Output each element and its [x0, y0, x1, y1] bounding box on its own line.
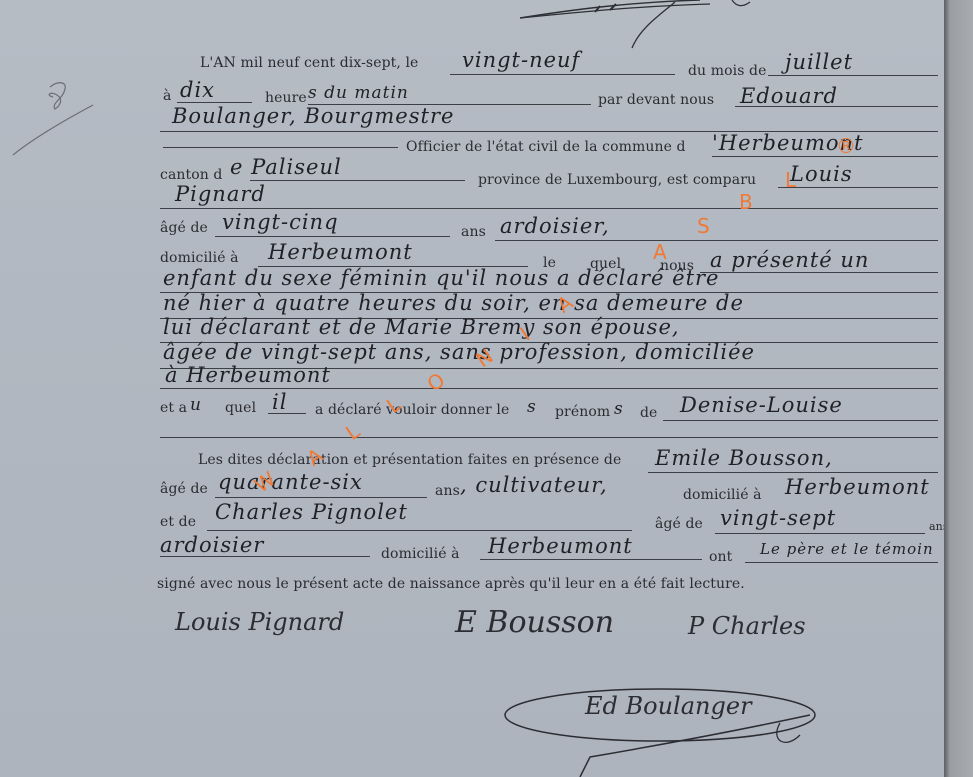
form-rule: [207, 530, 632, 531]
form-text: et de: [160, 514, 196, 530]
handwritten-witness2-age: vingt-sept: [720, 506, 836, 530]
watermark-letter: ®: [836, 134, 856, 158]
handwritten-suffix: s: [614, 399, 624, 419]
form-rule: [768, 75, 938, 76]
form-text: âgé de: [160, 220, 208, 236]
watermark-letter: A: [653, 240, 667, 264]
form-rule: [715, 533, 925, 534]
form-text: province de Luxembourg, est comparu: [478, 172, 756, 188]
form-text: L'AN mil neuf cent dix-sept, le: [200, 55, 418, 71]
form-text: domicilié à: [160, 250, 239, 266]
handwritten-declarant-age: vingt-cinq: [222, 210, 339, 234]
form-text: et a: [160, 400, 187, 416]
handwritten-signatories: Le père et le témoin: [760, 540, 934, 558]
form-text: à: [163, 88, 171, 104]
handwritten-declarant-occupation: ardoisier,: [500, 214, 610, 238]
book-binding-edge: [944, 0, 973, 777]
form-text: domicilié à: [381, 546, 460, 562]
handwritten-witness1-age: quarante-six: [218, 470, 363, 494]
handwritten-mother-residence: à Herbeumont: [165, 363, 331, 387]
handwritten-day: vingt-neuf: [462, 48, 580, 72]
signature-officer: Ed Boulanger: [585, 692, 752, 720]
document-page: L'AN mil neuf cent dix-sept, le vingt-ne…: [0, 0, 948, 777]
handwritten-month: juillet: [785, 50, 853, 74]
handwritten-suffix: s: [527, 397, 537, 417]
handwritten-officer-name-title: Boulanger, Bourgmestre: [172, 104, 454, 128]
form-text: a déclaré vouloir donner le: [315, 402, 509, 418]
handwritten-pronoun: il: [272, 390, 287, 414]
handwritten-child-sex: enfant du sexe féminin qu'il nous a décl…: [163, 266, 719, 290]
handwritten-declarant-first-name: Louis: [790, 162, 853, 186]
form-rule: [160, 556, 370, 557]
form-text: par devant nous: [598, 92, 714, 108]
form-rule: [163, 147, 398, 148]
form-rule: [177, 102, 252, 103]
handwritten-presented: a présenté un: [710, 248, 869, 272]
form-rule: [778, 187, 938, 188]
signature-father: Louis Pignard: [175, 608, 344, 636]
form-rule: [250, 180, 465, 181]
form-text: âgé de: [160, 481, 208, 497]
form-text: signé avec nous le présent acte de naiss…: [157, 576, 745, 592]
handwritten-witness2-residence: Herbeumont: [488, 534, 633, 558]
handwritten-witness2: Charles Pignolet: [215, 500, 408, 524]
form-rule: [450, 74, 675, 75]
margin-note-mark: [5, 75, 100, 165]
form-text: Officier de l'état civil de la commune d: [406, 139, 686, 155]
form-rule: [700, 272, 938, 273]
watermark-letter: B: [739, 190, 753, 214]
handwritten-mother: lui déclarant et de Marie Bremy son épou…: [163, 315, 680, 339]
watermark-letter: L: [785, 168, 796, 192]
top-signature-flourish: [510, 0, 770, 50]
form-text: Les dites déclaration et présentation fa…: [198, 452, 621, 468]
form-text: du mois de: [688, 63, 767, 79]
form-text: âgé de: [655, 516, 703, 532]
handwritten-officer-first-name: Edouard: [740, 84, 838, 108]
form-text: domicilié à: [683, 487, 762, 503]
form-rule: [160, 208, 938, 209]
form-rule: [215, 497, 427, 498]
form-text: de: [640, 405, 657, 421]
form-text: quel: [225, 400, 256, 416]
signature-witness1: E Bousson: [455, 605, 614, 640]
handwritten-hour: dix: [180, 78, 215, 102]
form-text: ont: [709, 549, 732, 565]
handwritten-witness1: Emile Bousson,: [655, 446, 833, 470]
handwritten-declarant-residence: Herbeumont: [268, 240, 413, 264]
handwritten-declarant-surname: Pignard: [175, 182, 266, 206]
form-text: ans: [435, 483, 460, 499]
form-rule: [160, 437, 938, 438]
form-rule: [215, 236, 450, 237]
form-rule: [712, 156, 938, 157]
form-text: ans: [461, 224, 486, 240]
handwritten-suffix: u: [190, 395, 202, 415]
handwritten-time-of-day: s du matin: [308, 83, 409, 103]
handwritten-child-name: Denise-Louise: [680, 393, 843, 417]
handwritten-witness1-residence: Herbeumont: [785, 475, 930, 499]
handwritten-birth-time: né hier à quatre heures du soir, en sa d…: [163, 291, 744, 315]
watermark-letter: O: [423, 368, 450, 397]
handwritten-witness1-occupation: , cultivateur,: [460, 473, 608, 497]
form-rule: [160, 388, 938, 389]
watermark-letter: L: [341, 419, 364, 445]
handwritten-canton: e Paliseul: [230, 155, 342, 179]
form-rule: [648, 472, 938, 473]
form-rule: [480, 559, 702, 560]
signature-witness2: P Charles: [688, 612, 806, 640]
watermark-letter: S: [697, 214, 710, 238]
form-rule: [745, 562, 938, 563]
form-rule: [495, 240, 938, 241]
form-rule: [663, 420, 938, 421]
signature-officer-flourish: [500, 675, 830, 777]
handwritten-mother-details: âgée de vingt-sept ans, sans profession,…: [163, 340, 755, 364]
form-text: prénom: [555, 404, 610, 420]
form-text: canton d: [160, 167, 223, 183]
handwritten-witness2-occupation: ardoisier: [160, 533, 264, 557]
